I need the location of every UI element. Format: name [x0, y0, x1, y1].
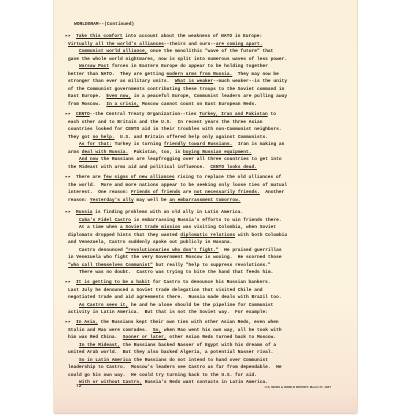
- text-segment: Russia's Reds want contacts in Latin Ame…: [142, 380, 268, 385]
- emphasis-text: Cuba's Fidel Castro: [79, 218, 131, 223]
- emphasis-text: As Castro sees it,: [79, 303, 128, 308]
- text-line: countries looked for CENTO aid in their …: [61, 126, 351, 134]
- text-segment: once the monolithic "wave of the future"…: [147, 49, 273, 54]
- text-line: interest. One reason: Friends of friends…: [61, 189, 351, 197]
- text-segment: better than NATO. They are getting: [68, 72, 167, 77]
- text-line: leadership to Castro. Moscow's leaders s…: [61, 364, 351, 372]
- publication-footer: U.S. NEWS & WORLD REPORT, March 27, 1967: [265, 385, 331, 389]
- text-line: ▸▸CENTO--the Central Treaty Organization…: [61, 111, 351, 119]
- double-arrow-icon: ▸▸: [65, 319, 76, 327]
- text-segment: other Asian Reds turned back to Moscow.: [167, 335, 277, 340]
- text-segment: could go his own way. He could try turni…: [68, 373, 257, 378]
- text-segment: the world. More and more nations appear …: [68, 183, 287, 188]
- text-segment: East Europe.: [68, 94, 106, 99]
- emphasis-text: Friends of friends: [131, 190, 180, 195]
- emphasis-text: buying Russian equipment.: [183, 150, 251, 155]
- double-arrow-icon: ▸▸: [65, 33, 76, 41]
- text-segment: but really "help to suppress revolutions…: [153, 263, 271, 268]
- text-segment: of the Communist governments contributin…: [68, 87, 284, 92]
- text-segment: arms: [68, 150, 82, 155]
- emphasis-text: "revolutionaries who don't fight.": [126, 248, 219, 253]
- emphasis-text: Even now,: [106, 94, 131, 99]
- text-segment: in a peaceful Europe, Communist leaders …: [131, 94, 287, 99]
- emphasis-text: Turkey, Iran and Pakistan: [199, 112, 267, 117]
- emphasis-text: Take this comfort: [76, 34, 123, 39]
- page-number: 72: [76, 384, 82, 389]
- text-segment: rising to replace the old alliances of: [175, 175, 282, 180]
- text-segment: [68, 358, 79, 363]
- text-segment: with both Colombia: [235, 233, 287, 238]
- page-body: WORLDGRAM--(Continued) ▸▸Take this comfo…: [54, 0, 357, 413]
- double-arrow-icon: ▸▸: [65, 209, 76, 217]
- text-segment: him was Red China.: [68, 335, 123, 340]
- text-segment: diplomats dropped hints that they wanted: [68, 233, 180, 238]
- text-segment: At a time when: [68, 225, 120, 230]
- paragraph: ▸▸Take this comfort into account about t…: [61, 33, 351, 108]
- text-line: ▸▸In Asia, the Russians kept their own t…: [61, 319, 351, 327]
- text-segment: [68, 64, 79, 69]
- text-line: There was no doubt. Castro was trying to…: [61, 269, 351, 277]
- text-line: of the Communist governments contributin…: [61, 86, 351, 94]
- text-segment: Stalin and Mao were comrades.: [68, 328, 153, 333]
- text-segment: [68, 157, 79, 162]
- emphasis-text: And now: [79, 157, 98, 162]
- text-segment: Another: [260, 190, 285, 195]
- paragraph: ▸▸In Asia, the Russians kept their own t…: [61, 319, 351, 387]
- text-line: in Venezuela who fight the very Governme…: [61, 254, 351, 262]
- text-segment: [68, 303, 79, 308]
- emphasis-text: In Asia,: [76, 320, 98, 325]
- text-segment: Moscow cannot count on East European Red…: [139, 102, 257, 107]
- text-line: Castro denounced "revolutionaries who do…: [61, 247, 351, 255]
- text-segment: the Mideast with arms aid and political …: [68, 165, 210, 170]
- text-line: They got no help. U.S. and Britain offer…: [61, 134, 351, 142]
- text-line: arms deal with Russia. Pakistan, too, is…: [61, 149, 351, 157]
- text-segment: are: [180, 190, 194, 195]
- text-line: him was Red China. Sooner or later, othe…: [61, 334, 351, 342]
- text-line: Virtually all the world's alliances--the…: [61, 41, 351, 49]
- text-segment: Iran is making an: [232, 142, 284, 147]
- emphasis-text: modern arms from Russia.: [167, 72, 233, 77]
- paragraph: ▸▸It is getting to be a habit for Castro…: [61, 279, 351, 317]
- text-segment: interest. One reason:: [68, 190, 131, 195]
- emphasis-text: Sooner or later,: [123, 335, 167, 340]
- emphasis-text: diplomatic relations: [180, 233, 235, 238]
- text-segment: They got: [68, 135, 93, 140]
- emphasis-text: What is weaker: [175, 79, 213, 84]
- text-line: In the Mideast, the Russians backed Nass…: [61, 342, 351, 350]
- text-line: So in Latin America the Russians do not …: [61, 357, 351, 365]
- paragraph: ▸▸Russia is finding problems with an old…: [61, 209, 351, 277]
- text-segment: is finding problems with an old ally in …: [92, 210, 243, 215]
- text-line: could go his own way. He could try turni…: [61, 372, 351, 380]
- text-line: Last July he denounced a Soviet trade de…: [61, 287, 351, 295]
- text-segment: the Russians do not intend to hand over …: [131, 358, 268, 363]
- text-line: negotiated trade and aid agreements ther…: [61, 294, 351, 302]
- text-line: ▸▸Take this comfort into account about t…: [61, 33, 351, 41]
- text-segment: from Moscow.: [68, 102, 106, 107]
- text-segment: forces in Eastern Europe do appear to be…: [109, 64, 268, 69]
- text-segment: --theirs and ours--: [164, 42, 216, 47]
- text-segment: for Castro to denounce his Russian banke…: [150, 280, 271, 285]
- text-segment: Castro denounced: [68, 248, 126, 253]
- text-line: from Moscow. In a crisis, Moscow cannot …: [61, 101, 351, 109]
- text-line: At a time when a Soviet trade mission wa…: [61, 224, 351, 232]
- double-arrow-icon: ▸▸: [65, 279, 76, 287]
- text-line: And now the Russians are leapfrogging ov…: [61, 156, 351, 164]
- text-segment: Last July he denounced a Soviet trade de…: [68, 288, 262, 293]
- text-line: ▸▸It is getting to be a habit for Castro…: [61, 279, 351, 287]
- text-segment: he and he alone should be the pipeline f…: [128, 303, 273, 308]
- text-segment: activity in Latin America. But that is n…: [68, 310, 268, 315]
- text-segment: --the Central Treaty Organization--ties: [90, 112, 200, 117]
- double-arrow-icon: ▸▸: [65, 174, 76, 182]
- text-line: better than NATO. They are getting moder…: [61, 71, 351, 79]
- text-segment: gave the whole world nightmares, now is …: [68, 57, 287, 62]
- emphasis-text: no help.: [93, 135, 115, 140]
- text-line: East Europe. Even now, in a peaceful Eur…: [61, 93, 351, 101]
- emphasis-text: are coming apart.: [216, 42, 263, 47]
- emphasis-text: a Soviet trade mission: [120, 225, 180, 230]
- text-line: each other and to Britain and the U.S. I…: [61, 119, 351, 127]
- emphasis-text: Communist world alliance,: [79, 49, 147, 54]
- emphasis-text: not necessarily friends.: [194, 190, 260, 195]
- emphasis-text: deal with Russia.: [82, 150, 129, 155]
- text-segment: They may now be: [232, 72, 279, 77]
- text-segment: Pakistan, too, is: [128, 150, 183, 155]
- text-segment: --much weaker--is the unity: [213, 79, 287, 84]
- emphasis-text: an embarrassment tomorrow.: [169, 198, 240, 203]
- text-line: Communist world alliance, once the monol…: [61, 48, 351, 56]
- emphasis-text: friendly toward Russians.: [164, 142, 232, 147]
- emphasis-text: "who call themselves Communist": [68, 263, 153, 268]
- magazine-page: WORLDGRAM--(Continued) ▸▸Take this comfo…: [54, 0, 357, 413]
- emphasis-text: Warsaw Pact: [79, 64, 109, 69]
- text-line: Cuba's Fidel Castro is embarrassing Russ…: [61, 217, 351, 225]
- paragraph: ▸▸There are few signs of new alliances r…: [61, 174, 351, 204]
- emphasis-text: So in Latin America: [79, 358, 131, 363]
- text-line: the Mideast with arms aid and political …: [61, 164, 351, 172]
- emphasis-text: With or without Castro,: [79, 380, 142, 385]
- emphasis-text: Virtually all the world's alliances: [68, 42, 164, 47]
- emphasis-text: CENTO: [76, 112, 90, 117]
- text-segment: There was no doubt. Castro was trying to…: [68, 270, 273, 275]
- text-segment: into account about the weakness of NATO …: [123, 34, 263, 39]
- emphasis-text: CENTO looks dead.: [210, 165, 257, 170]
- text-segment: the Russians kept their own ties with ot…: [98, 320, 279, 325]
- text-line: activity in Latin America. But that is n…: [61, 309, 351, 317]
- text-line: diplomats dropped hints that they wanted…: [61, 232, 351, 240]
- text-segment: the Russians are leapfrogging over all t…: [98, 157, 281, 162]
- text-segment: [68, 49, 79, 54]
- text-segment: to: [268, 112, 276, 117]
- emphasis-text: In the Mideast,: [79, 343, 120, 348]
- text-line: ▸▸There are few signs of new alliances r…: [61, 174, 351, 182]
- emphasis-text: It is getting to be a habit: [76, 280, 150, 285]
- text-line: and Venezuela, Castro suddenly spoke out…: [61, 239, 351, 247]
- text-line: gave the whole world nightmares, now is …: [61, 56, 351, 64]
- text-segment: countries looked for CENTO aid in their …: [68, 127, 282, 132]
- text-line: reason: Yesterday's ally may well be an …: [61, 197, 351, 205]
- text-line: Warsaw Pact forces in Eastern Europe do …: [61, 63, 351, 71]
- emphasis-text: So,: [153, 328, 161, 333]
- text-segment: There are: [76, 175, 103, 180]
- emphasis-text: In a crisis,: [106, 102, 139, 107]
- text-segment: is embarrassing Russia's efforts to win …: [131, 218, 282, 223]
- text-segment: [68, 218, 79, 223]
- emphasis-text: few signs of new alliances: [103, 175, 174, 180]
- text-line: Stalin and Mao were comrades. So, when M…: [61, 327, 351, 335]
- text-segment: leadership to Castro. Moscow's leaders s…: [68, 365, 282, 370]
- text-segment: united Arab world. But they also backed …: [68, 350, 273, 355]
- text-segment: reason:: [68, 198, 90, 203]
- text-segment: in Venezuela who fight the very Governme…: [68, 255, 282, 260]
- text-segment: U.S. and Britain offered help only again…: [115, 135, 268, 140]
- text-segment: may well be: [134, 198, 170, 203]
- text-line: As Castro sees it, he and he alone shoul…: [61, 302, 351, 310]
- emphasis-text: Russia: [76, 210, 92, 215]
- text-segment: [68, 343, 79, 348]
- text-segment: when Mao went his own way, all he took w…: [161, 328, 282, 333]
- text-line: stronger than ever as military units. Wh…: [61, 78, 351, 86]
- section-header: WORLDGRAM--(Continued): [74, 21, 134, 29]
- text-segment: He praised guerrillas: [219, 248, 282, 253]
- text-segment: Turkey is turning: [112, 142, 164, 147]
- text-segment: each other and to Britain and the U.S. I…: [68, 120, 262, 125]
- text-line: the world. More and more nations appear …: [61, 182, 351, 190]
- text-segment: was visiting Colombia, when Soviet: [180, 225, 276, 230]
- text-line: As for that: Turkey is turning friendly …: [61, 141, 351, 149]
- text-segment: and Venezuela, Castro suddenly spoke out…: [68, 240, 232, 245]
- emphasis-text: Yesterday's ally: [90, 198, 134, 203]
- text-line: united Arab world. But they also backed …: [61, 349, 351, 357]
- text-segment: [68, 142, 79, 147]
- paragraph: ▸▸CENTO--the Central Treaty Organization…: [61, 111, 351, 171]
- text-line: ▸▸Russia is finding problems with an old…: [61, 209, 351, 217]
- text-segment: stronger than ever as military units.: [68, 79, 175, 84]
- text-segment: negotiated trade and aid agreements ther…: [68, 295, 282, 300]
- text-segment: the Russians backed Nasser of Egypt with…: [120, 343, 276, 348]
- text-line: "who call themselves Communist" but real…: [61, 262, 351, 270]
- emphasis-text: As for that:: [79, 142, 112, 147]
- double-arrow-icon: ▸▸: [65, 111, 76, 119]
